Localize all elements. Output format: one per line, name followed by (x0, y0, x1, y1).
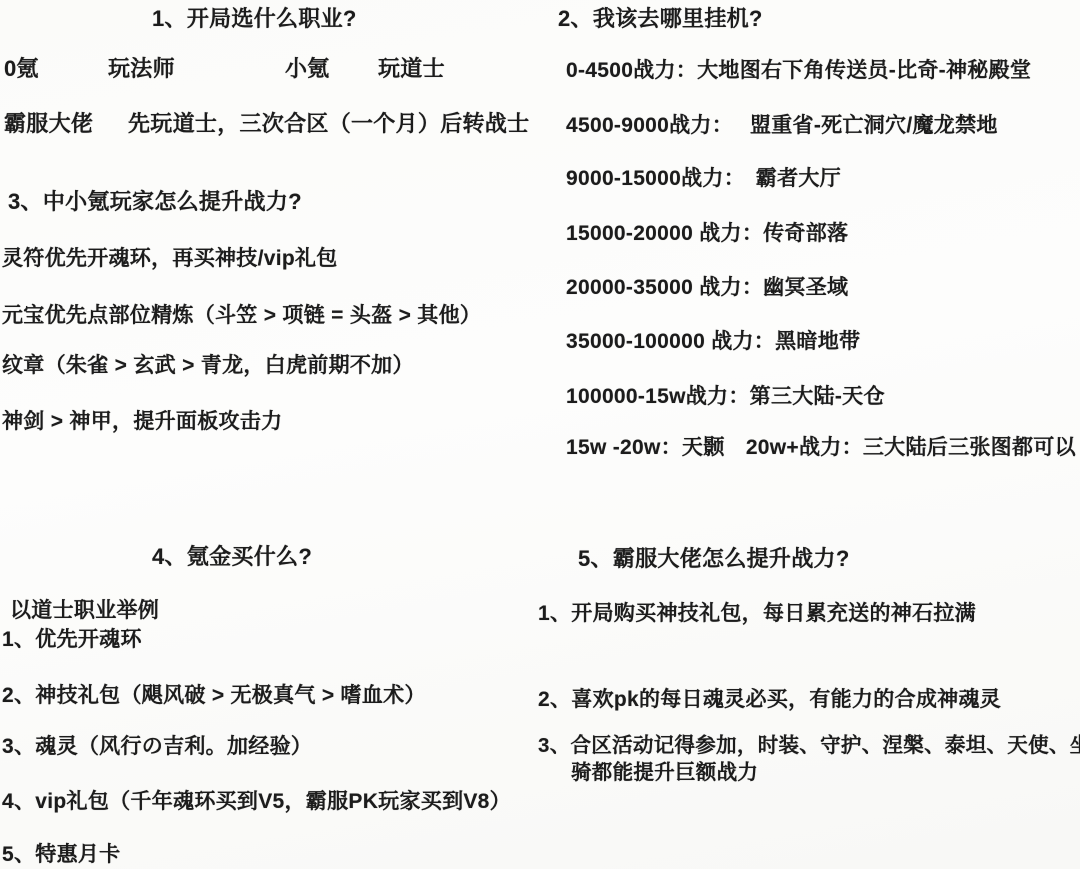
section4-subtitle: 以道士职业举例 (10, 597, 159, 624)
section2-line: 0-4500战力：大地图右下角传送员-比奇-神秘殿堂 (566, 57, 1031, 84)
section1-row1-col3: 小氪 (285, 55, 330, 84)
section2-line: 4500-9000战力： 盟重省-死亡洞穴/魔龙禁地 (566, 112, 998, 139)
section4-item: 4、vip礼包（千年魂环买到V5，霸服PK玩家买到V8） (2, 788, 511, 815)
section4-item: 5、特惠月卡 (2, 841, 120, 868)
section3-line: 神剑 > 神甲，提升面板攻击力 (2, 408, 282, 435)
section3-line: 元宝优先点部位精炼（斗笠 > 项链 = 头盔 > 其他） (2, 302, 481, 329)
section4-item: 2、神技礼包（飓风破 > 无极真气 > 嗜血术） (2, 682, 426, 709)
game-guide-page: 1、开局选什么职业? 0氪 玩法师 小氪 玩道士 霸服大佬 先玩道士，三次合区（… (0, 0, 1080, 869)
section2-line: 15w -20w：天颢 20w+战力：三大陆后三张图都可以 (566, 434, 1076, 461)
section2-line: 35000-100000 战力：黑暗地带 (566, 328, 860, 355)
section5-item: 1、开局购买神技礼包，每日累充送的神石拉满 (538, 600, 976, 627)
section5-item: 2、喜欢pk的每日魂灵必买，有能力的合成神魂灵 (538, 686, 1001, 713)
section4-item: 3、魂灵（风行の吉利。加经验） (2, 733, 312, 760)
section1-row2-text: 先玩道士，三次合区（一个月）后转战士 (128, 110, 529, 139)
section2-line: 20000-35000 战力：幽冥圣域 (566, 274, 848, 301)
section4-title: 4、氪金买什么? (152, 543, 312, 572)
section5-item: 3、合区活动记得参加，时装、守护、涅槃、泰坦、天使、坐 骑都能提升巨额战力 (538, 733, 1080, 786)
section1-title: 1、开局选什么职业? (152, 5, 357, 34)
section2-line: 100000-15w战力：第三大陆-天仓 (566, 383, 885, 410)
section5-title: 5、霸服大佬怎么提升战力? (578, 545, 850, 574)
section3-line: 纹章（朱雀 > 玄武 > 青龙，白虎前期不加） (2, 352, 414, 379)
section4-item: 1、优先开魂环 (2, 626, 142, 653)
section1-row1-col2: 玩法师 (108, 55, 175, 84)
section2-line: 15000-20000 战力：传奇部落 (566, 220, 848, 247)
section1-row1-col4: 玩道士 (378, 55, 445, 84)
section3-line: 灵符优先开魂环，再买神技/vip礼包 (2, 245, 338, 272)
section2-title: 2、我该去哪里挂机? (558, 5, 763, 34)
section2-line: 9000-15000战力： 霸者大厅 (566, 165, 841, 192)
section3-title: 3、中小氪玩家怎么提升战力? (8, 188, 302, 217)
section1-row1-col1: 0氪 (4, 55, 39, 84)
section1-row2-label: 霸服大佬 (4, 110, 93, 139)
